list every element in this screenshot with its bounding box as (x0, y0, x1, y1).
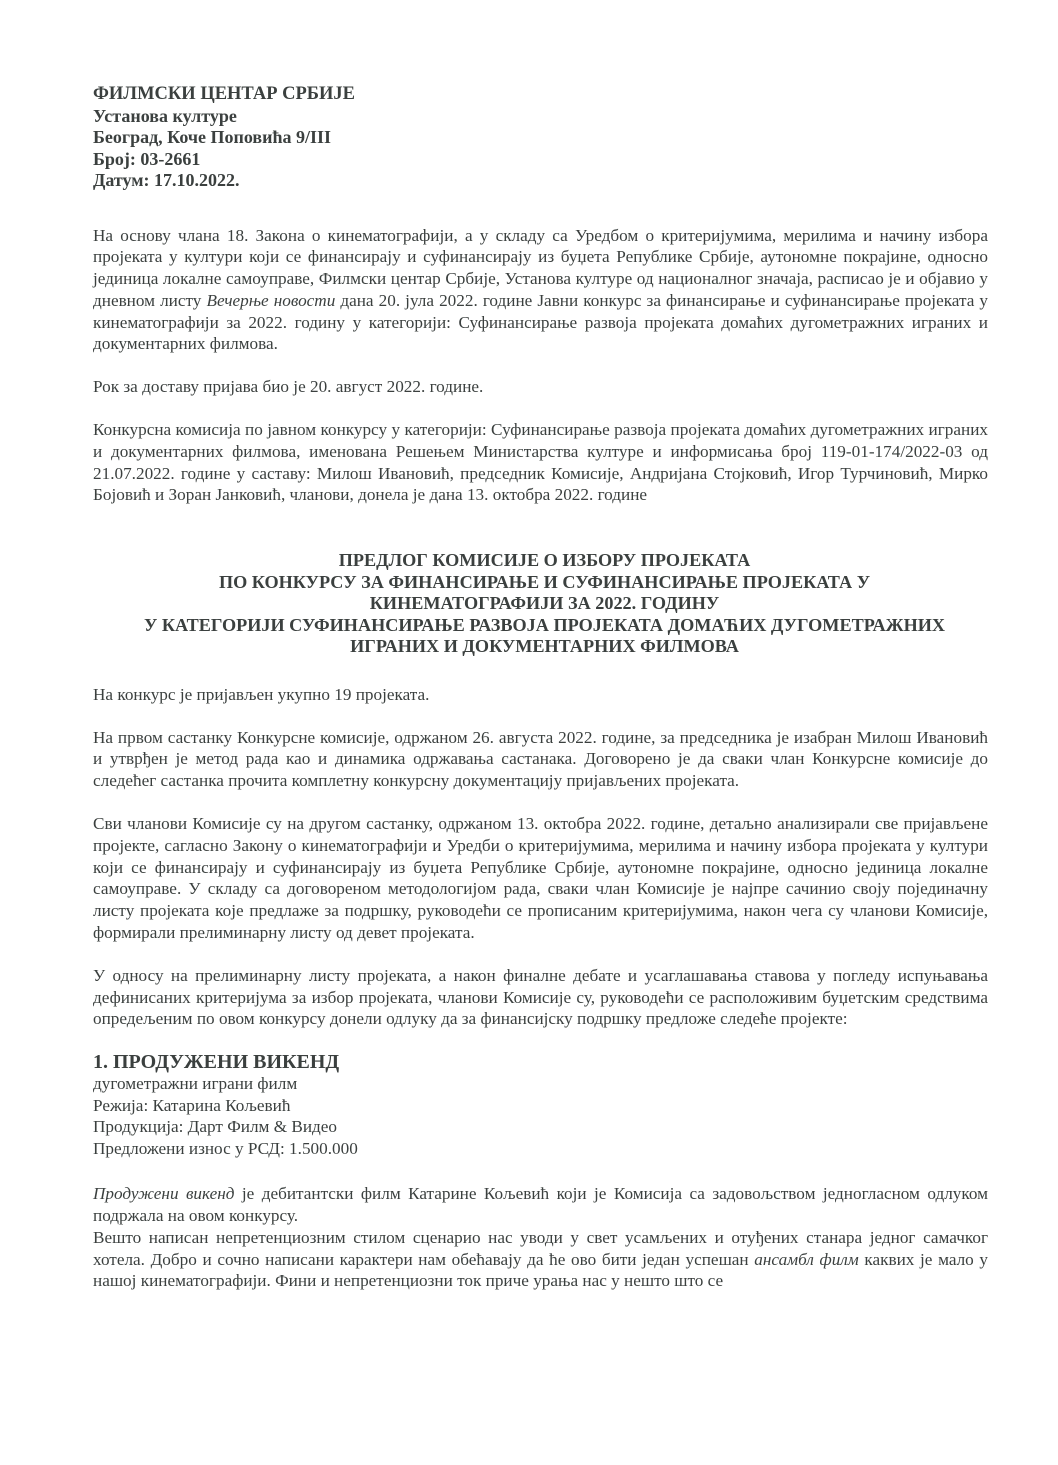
project-director: Режија: Катарина Кољевић (93, 1095, 988, 1117)
decision-paragraph: У односу на прелиминарну листу пројеката… (93, 965, 988, 1030)
title-line: ПО КОНКУРСУ ЗА ФИНАНСИРАЊЕ И СУФИНАНСИРА… (101, 572, 988, 594)
letterhead: ФИЛМСКИ ЦЕНТАР СРБИЈЕ Установа културе Б… (93, 84, 988, 192)
document-number: Број: 03-2661 (93, 149, 988, 171)
title-line: ПРЕДЛОГ КОМИСИЈЕ О ИЗБОРУ ПРОЈЕКАТА (101, 550, 988, 572)
project-amount: Предложени износ у РСД: 1.500.000 (93, 1138, 988, 1160)
address: Београд, Коче Поповића 9/III (93, 127, 988, 149)
project-type: дугометражни играни филм (93, 1073, 988, 1095)
title-line: У КАТЕГОРИЈИ СУФИНАНСИРАЊЕ РАЗВОЈА ПРОЈЕ… (101, 615, 988, 637)
organization-name: ФИЛМСКИ ЦЕНТАР СРБИЈЕ (93, 84, 988, 106)
institution-type: Установа културе (93, 106, 988, 128)
project-description-1: Продужени викенд је дебитантски филм Кат… (93, 1183, 988, 1227)
proposal-title: ПРЕДЛОГ КОМИСИЈЕ О ИЗБОРУ ПРОЈЕКАТА ПО К… (93, 550, 988, 658)
first-meeting-paragraph: На првом састанку Конкурсне комисије, од… (93, 727, 988, 792)
project-production: Продукција: Дарт Филм & Видео (93, 1116, 988, 1138)
document-page: ФИЛМСКИ ЦЕНТАР СРБИЈЕ Установа културе Б… (93, 84, 988, 1292)
intro-paragraph-1: На основу члана 18. Закона о кинематогра… (93, 225, 988, 356)
title-line: КИНЕМАТОГРАФИЈИ ЗА 2022. ГОДИНУ (101, 593, 988, 615)
project-entry: 1. ПРОДУЖЕНИ ВИКЕНД дугометражни играни … (93, 1051, 988, 1159)
commission-paragraph: Конкурсна комисија по јавном конкурсу у … (93, 419, 988, 506)
project-description-2: Вешто написан непретенциозним стилом сце… (93, 1227, 988, 1292)
ensemble-film-italic: ансамбл филм (754, 1250, 858, 1269)
title-line: ИГРАНИХ И ДОКУМЕНТАРНИХ ФИЛМОВА (101, 636, 988, 658)
film-title-italic: Продужени викенд (93, 1184, 234, 1203)
project-title: 1. ПРОДУЖЕНИ ВИКЕНД (93, 1051, 988, 1073)
deadline-paragraph: Рок за доставу пријава био је 20. август… (93, 376, 988, 398)
newspaper-name: Вечерње новости (206, 291, 335, 310)
document-date: Датум: 17.10.2022. (93, 170, 988, 192)
second-meeting-paragraph: Сви чланови Комисије су на другом састан… (93, 813, 988, 944)
applications-count-paragraph: На конкурс је пријављен укупно 19 пројек… (93, 684, 988, 706)
